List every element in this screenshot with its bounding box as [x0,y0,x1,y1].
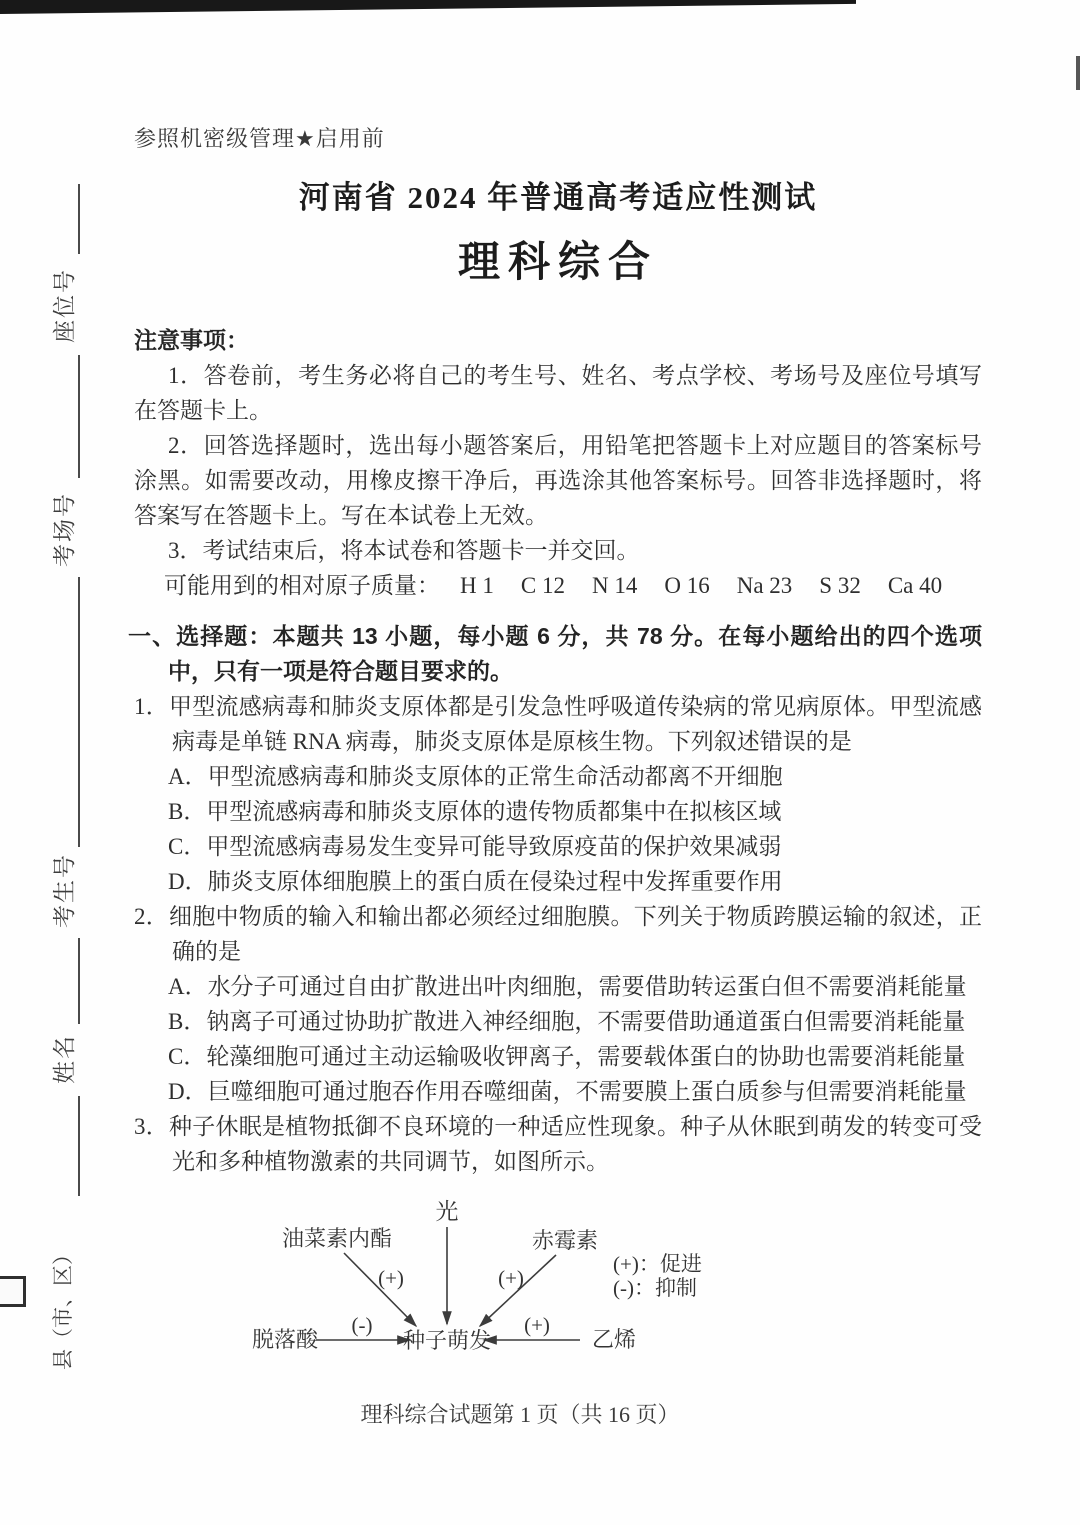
question-2-option-c: C．轮藻细胞可通过主动运输吸收钾离子，需要载体蛋白的协助也需要消耗能量 [134,1039,982,1074]
main-content: 参照机密级管理★启用前 河南省 2024 年普通高考适应性测试 理科综合 注意事… [134,126,982,1381]
edge-label-gibberellin-plus: (+) [498,1266,524,1290]
legend-promote: (+)：促进 [613,1252,702,1276]
question-2: 2．细胞中物质的输入和输出都必须经过细胞膜。下列关于物质跨膜运输的叙述，正确的是… [134,899,982,1109]
field-blank-name [44,938,80,1024]
candidate-info-strip: 县（市、区） 姓名 考生号 考场号 座位号 [34,158,90,1370]
question-2-option-b: B．钠离子可通过协助扩散进入神经细胞，不需要借助通道蛋白但需要消耗能量 [134,1004,982,1039]
notice-item-1: 1．答卷前，考生务必将自己的考生号、姓名、考点学校、考场号及座位号填写在答题卡上… [134,358,982,428]
question-1-option-d: D．肺炎支原体细胞膜上的蛋白质在侵染过程中发挥重要作用 [134,864,982,899]
question-2-number: 2． [134,904,169,929]
seed-germination-diagram: 光 油菜素内酯 赤霉素 脱落酸 种子萌发 乙烯 (+) (+) (-) (+) … [240,1193,872,1381]
security-classification-notice: 参照机密级管理★启用前 [134,126,982,152]
atomic-mass-C: C 12 [521,573,565,598]
question-1-stem-text: 甲型流感病毒和肺炎支原体都是引发急性呼吸道传染病的常见病原体。甲型流感病毒是单链… [169,694,982,754]
question-1-number: 1． [134,694,169,719]
field-label-candidate-number: 考生号 [46,853,79,928]
question-2-option-a: A．水分子可通过自由扩散进出叶肉细胞，需要借助转运蛋白但不需要消耗能量 [134,969,982,1004]
atomic-mass-Ca: Ca 40 [888,573,942,598]
question-1-option-c: C．甲型流感病毒易发生变异可能导致原疫苗的保护效果减弱 [134,829,982,864]
notice-item-3: 3．考试结束后，将本试卷和答题卡一并交回。 [134,533,982,568]
question-3: 3．种子休眠是植物抵御不良环境的一种适应性现象。种子从休眠到萌发的转变可受光和多… [134,1109,982,1179]
registration-mark [0,1276,26,1307]
atomic-mass-O: O 16 [664,573,709,598]
node-brassinolide: 油菜素内酯 [282,1226,392,1251]
node-gibberellin: 赤霉素 [532,1228,598,1253]
question-2-stem-text: 细胞中物质的输入和输出都必须经过细胞膜。下列关于物质跨膜运输的叙述，正确的是 [169,904,982,964]
legend-inhibit: (-)：抑制 [613,1276,697,1300]
node-light: 光 [436,1199,459,1224]
field-blank-county [44,1096,80,1196]
question-3-number: 3． [134,1114,169,1139]
exam-subject-title: 理科综合 [134,234,982,290]
question-1-stem: 1．甲型流感病毒和肺炎支原体都是引发急性呼吸道传染病的常见病原体。甲型流感病毒是… [134,689,982,759]
edge-label-brassinolide-plus: (+) [378,1266,404,1290]
page-footer: 理科综合试题第 1 页（共 16 页） [0,1398,1040,1429]
scan-artifact-top-bar [0,0,856,14]
scan-artifact-right-edge [1076,56,1080,90]
question-3-stem-text: 种子休眠是植物抵御不良环境的一种适应性现象。种子从休眠到萌发的转变可受光和多种植… [169,1114,982,1174]
question-1-option-a: A．甲型流感病毒和肺炎支原体的正常生命活动都离不开细胞 [134,759,982,794]
field-label-county: 县（市、区） [47,1244,77,1370]
atomic-mass-label: 可能用到的相对原子质量： [164,573,440,598]
atomic-mass-S: S 32 [819,573,861,598]
section-heading-multiple-choice: 一、选择题：本题共 13 小题，每小题 6 分，共 78 分。在每小题给出的四个… [128,619,982,689]
atomic-mass-H: H 1 [460,573,494,598]
field-label-exam-room-number: 考场号 [46,492,79,567]
field-blank-exam-room-number [44,355,80,478]
question-1-option-b: B．甲型流感病毒和肺炎支原体的遗传物质都集中在拟核区域 [134,794,982,829]
question-3-stem: 3．种子休眠是植物抵御不良环境的一种适应性现象。种子从休眠到萌发的转变可受光和多… [134,1109,982,1179]
notice-item-2: 2．回答选择题时，选出每小题答案后，用铅笔把答题卡上对应题目的答案标号涂黑。如需… [134,428,982,533]
atomic-mass-Na: Na 23 [737,573,793,598]
atomic-mass-line: 可能用到的相对原子质量：H 1C 12N 14O 16Na 23S 32Ca 4… [134,568,982,603]
notice-heading: 注意事项： [134,322,982,358]
node-abscisic-acid: 脱落酸 [252,1327,319,1352]
node-ethylene: 乙烯 [592,1327,636,1352]
question-1: 1．甲型流感病毒和肺炎支原体都是引发急性呼吸道传染病的常见病原体。甲型流感病毒是… [134,689,982,899]
field-blank-candidate-number [44,577,80,847]
atomic-mass-N: N 14 [592,573,637,598]
field-blank-seat-number [44,184,80,254]
question-2-option-d: D．巨噬细胞可通过胞吞作用吞噬细菌，不需要膜上蛋白质参与但需要消耗能量 [134,1074,982,1109]
exam-paper-page: 县（市、区） 姓名 考生号 考场号 座位号 参照机密级管理★启用前 河南省 20… [0,0,1080,1525]
field-label-name: 姓名 [46,1034,79,1084]
question-2-stem: 2．细胞中物质的输入和输出都必须经过细胞膜。下列关于物质跨膜运输的叙述，正确的是 [134,899,982,969]
edge-label-ethylene-plus: (+) [524,1313,550,1337]
node-germination: 种子萌发 [403,1328,491,1353]
edge-label-abscisic-acid-minus: (-) [352,1313,373,1337]
exam-title: 河南省 2024 年普通高考适应性测试 [134,176,982,220]
field-label-seat-number: 座位号 [46,268,79,343]
